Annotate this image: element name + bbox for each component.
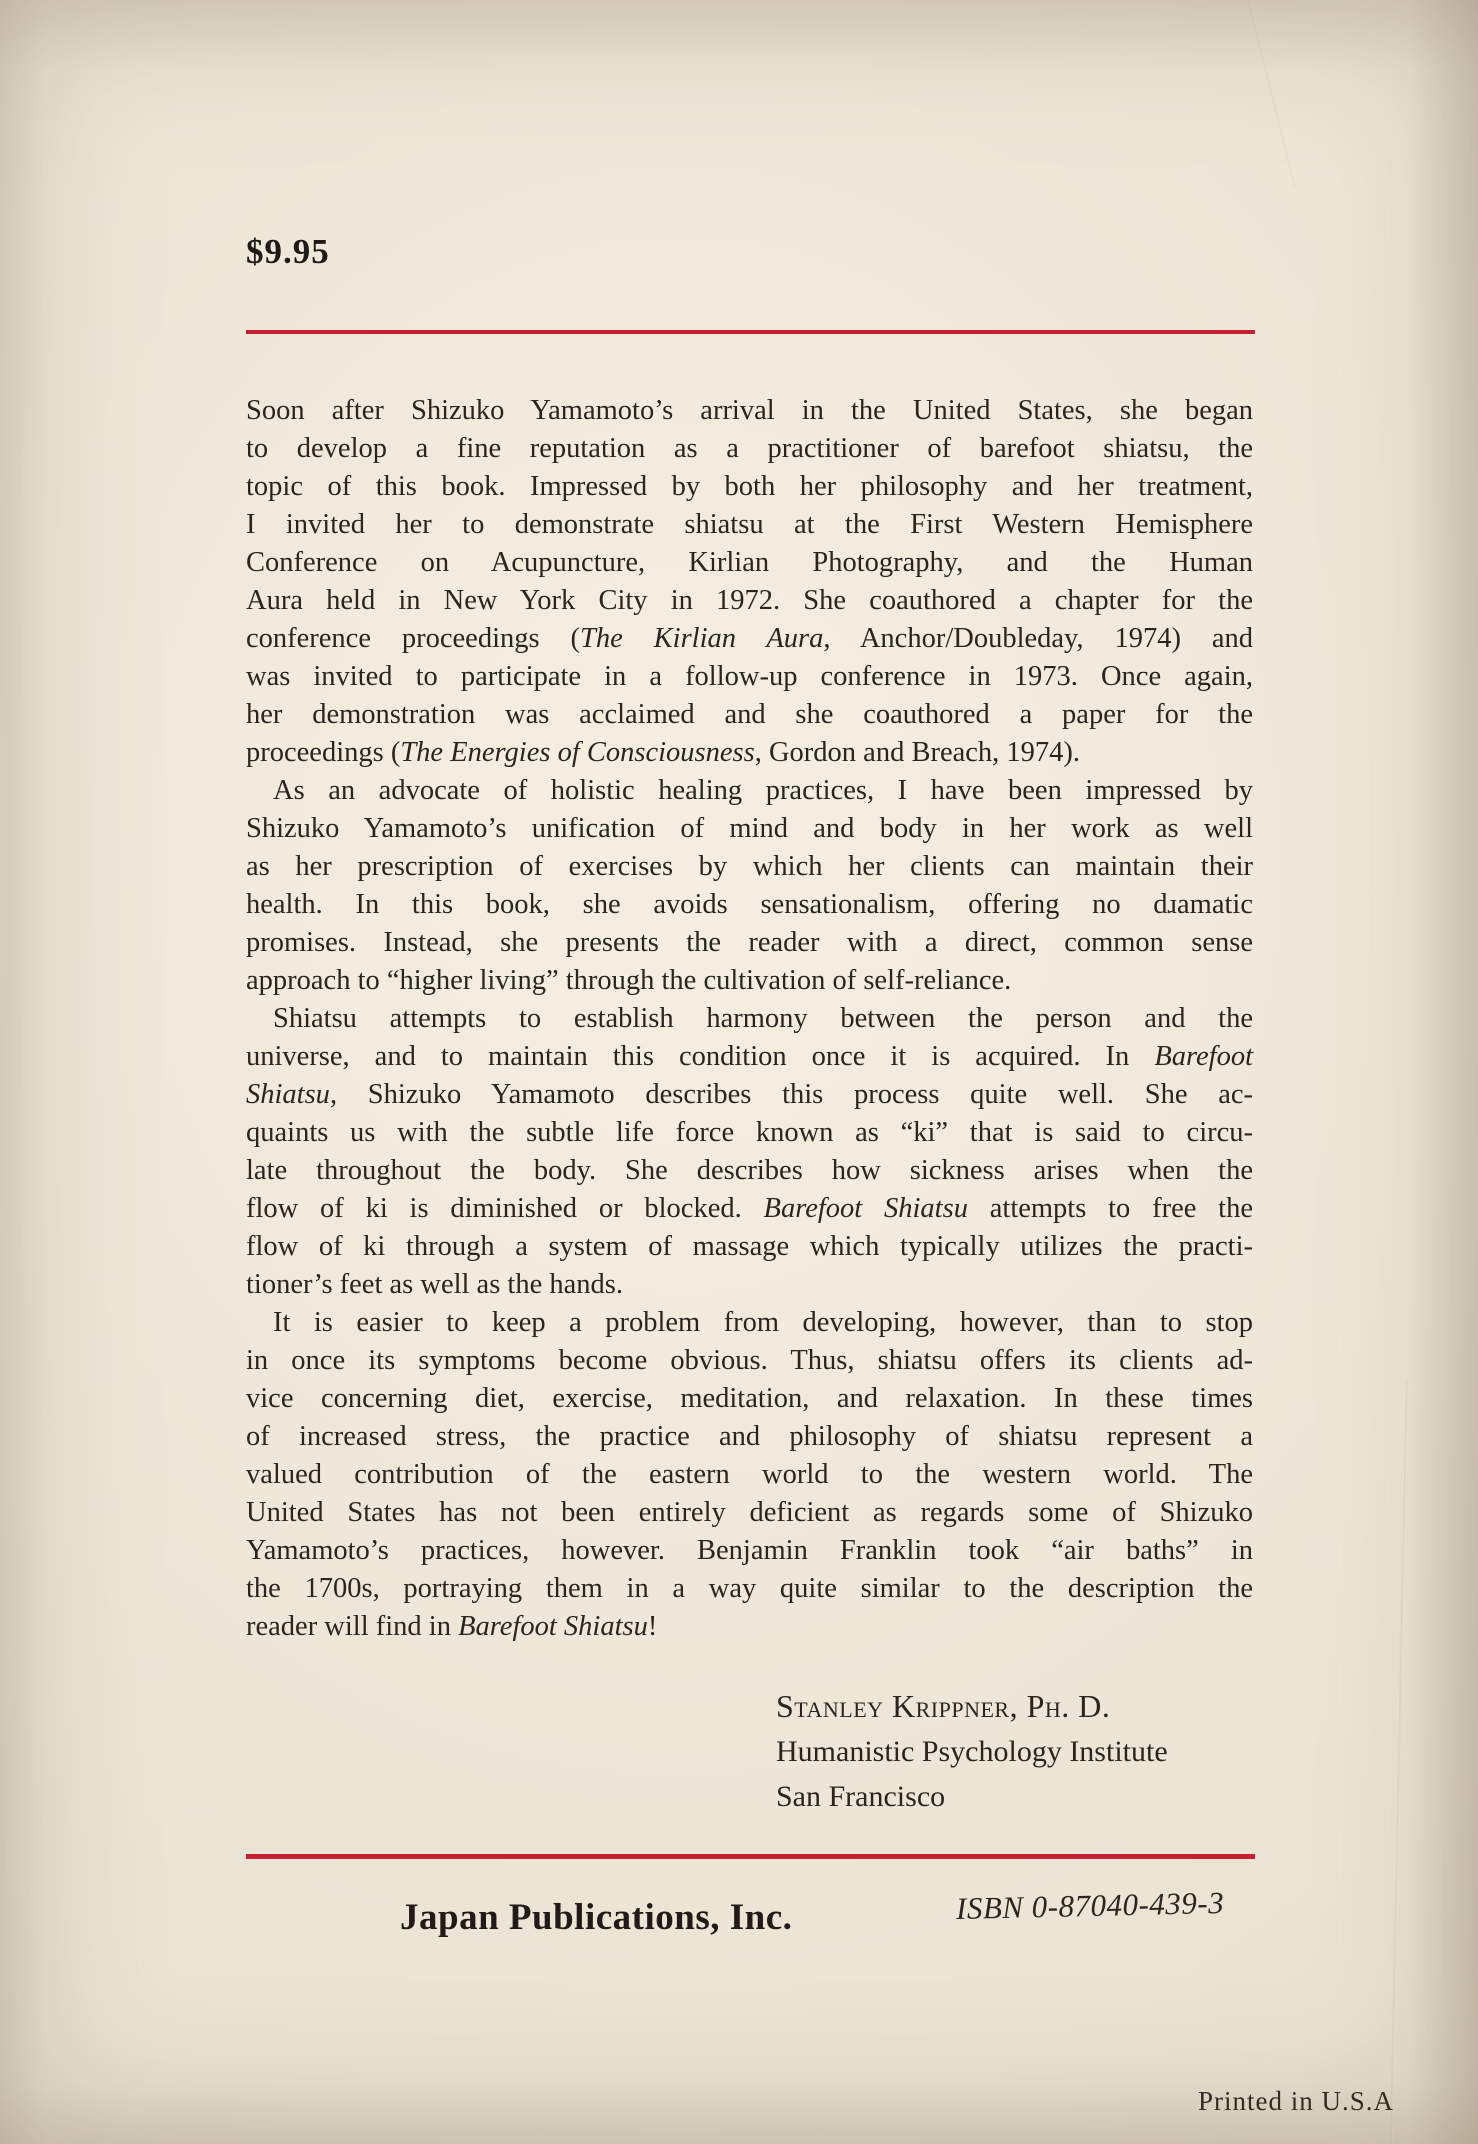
text-line: United States has not been entirely defi… bbox=[246, 1494, 1253, 1532]
text-line: Yamamoto’s practices, however. Benjamin … bbox=[246, 1532, 1253, 1570]
text-line: her demonstration was acclaimed and she … bbox=[246, 696, 1253, 734]
paper-crease bbox=[1390, 1380, 1409, 2144]
text-line: approach to “higher living” through the … bbox=[246, 962, 1253, 1000]
text-line: tioner’s feet as well as the hands. bbox=[246, 1266, 1253, 1304]
text-line: reader will find in Barefoot Shiatsu! bbox=[246, 1608, 1253, 1646]
printed-in-label: Printed in U.S.A bbox=[1198, 2086, 1394, 2117]
text-line: universe, and to maintain this condition… bbox=[246, 1038, 1253, 1076]
top-divider bbox=[246, 330, 1255, 334]
text-line: Shizuko Yamamoto’s unification of mind a… bbox=[246, 810, 1253, 848]
publisher-name: Japan Publications, Inc. bbox=[400, 1896, 792, 1939]
blurb-paragraph: It is easier to keep a problem from deve… bbox=[246, 1304, 1253, 1646]
text-line: flow of ki is diminished or blocked. Bar… bbox=[246, 1190, 1253, 1228]
signer-city: San Francisco bbox=[776, 1774, 1168, 1819]
text-line: I invited her to demonstrate shiatsu at … bbox=[246, 506, 1253, 544]
text-line: Conference on Acupuncture, Kirlian Photo… bbox=[246, 544, 1253, 582]
text-line: proceedings (The Energies of Consciousne… bbox=[246, 734, 1253, 772]
text-line: the 1700s, portraying them in a way quit… bbox=[246, 1570, 1253, 1608]
text-line: valued contribution of the eastern world… bbox=[246, 1456, 1253, 1494]
text-line: late throughout the body. She describes … bbox=[246, 1152, 1253, 1190]
bottom-divider bbox=[246, 1854, 1255, 1859]
text-line: As an advocate of holistic healing pract… bbox=[246, 772, 1253, 810]
text-line: topic of this book. Impressed by both he… bbox=[246, 468, 1253, 506]
text-line: Shiatsu attempts to establish harmony be… bbox=[246, 1000, 1253, 1038]
signer-name: Stanley Krippner, Ph. D. bbox=[776, 1684, 1168, 1729]
blurb-paragraph: Soon after Shizuko Yamamoto’s arrival in… bbox=[246, 392, 1253, 772]
isbn-label: ISBN 0-87040-439-3 bbox=[956, 1885, 1225, 1927]
signature-block: Stanley Krippner, Ph. D. Humanistic Psyc… bbox=[776, 1684, 1168, 1819]
text-line: Shiatsu, Shizuko Yamamoto describes this… bbox=[246, 1076, 1253, 1114]
text-line: health. In this book, she avoids sensati… bbox=[246, 886, 1253, 924]
text-line: was invited to participate in a follow-u… bbox=[246, 658, 1253, 696]
signer-organization: Humanistic Psychology Institute bbox=[776, 1729, 1168, 1774]
blurb-text: Soon after Shizuko Yamamoto’s arrival in… bbox=[246, 392, 1253, 1646]
text-line: conference proceedings (The Kirlian Aura… bbox=[246, 620, 1253, 658]
price-label: $9.95 bbox=[246, 232, 330, 272]
text-line: flow of ki through a system of massage w… bbox=[246, 1228, 1253, 1266]
text-line: promises. Instead, she presents the read… bbox=[246, 924, 1253, 962]
text-line: quaints us with the subtle life force kn… bbox=[246, 1114, 1253, 1152]
paper-crease bbox=[1246, 0, 1297, 187]
text-line: to develop a fine reputation as a practi… bbox=[246, 430, 1253, 468]
blurb-paragraph: Shiatsu attempts to establish harmony be… bbox=[246, 1000, 1253, 1304]
blurb-paragraph: As an advocate of holistic healing pract… bbox=[246, 772, 1253, 1000]
text-line: vice concerning diet, exercise, meditati… bbox=[246, 1380, 1253, 1418]
text-line: of increased stress, the practice and ph… bbox=[246, 1418, 1253, 1456]
text-line: Soon after Shizuko Yamamoto’s arrival in… bbox=[246, 392, 1253, 430]
text-line: It is easier to keep a problem from deve… bbox=[246, 1304, 1253, 1342]
text-line: as her prescription of exercises by whic… bbox=[246, 848, 1253, 886]
text-line: Aura held in New York City in 1972. She … bbox=[246, 582, 1253, 620]
text-line: in once its symptoms become obvious. Thu… bbox=[246, 1342, 1253, 1380]
book-back-cover: $9.95 Soon after Shizuko Yamamoto’s arri… bbox=[0, 0, 1478, 2144]
